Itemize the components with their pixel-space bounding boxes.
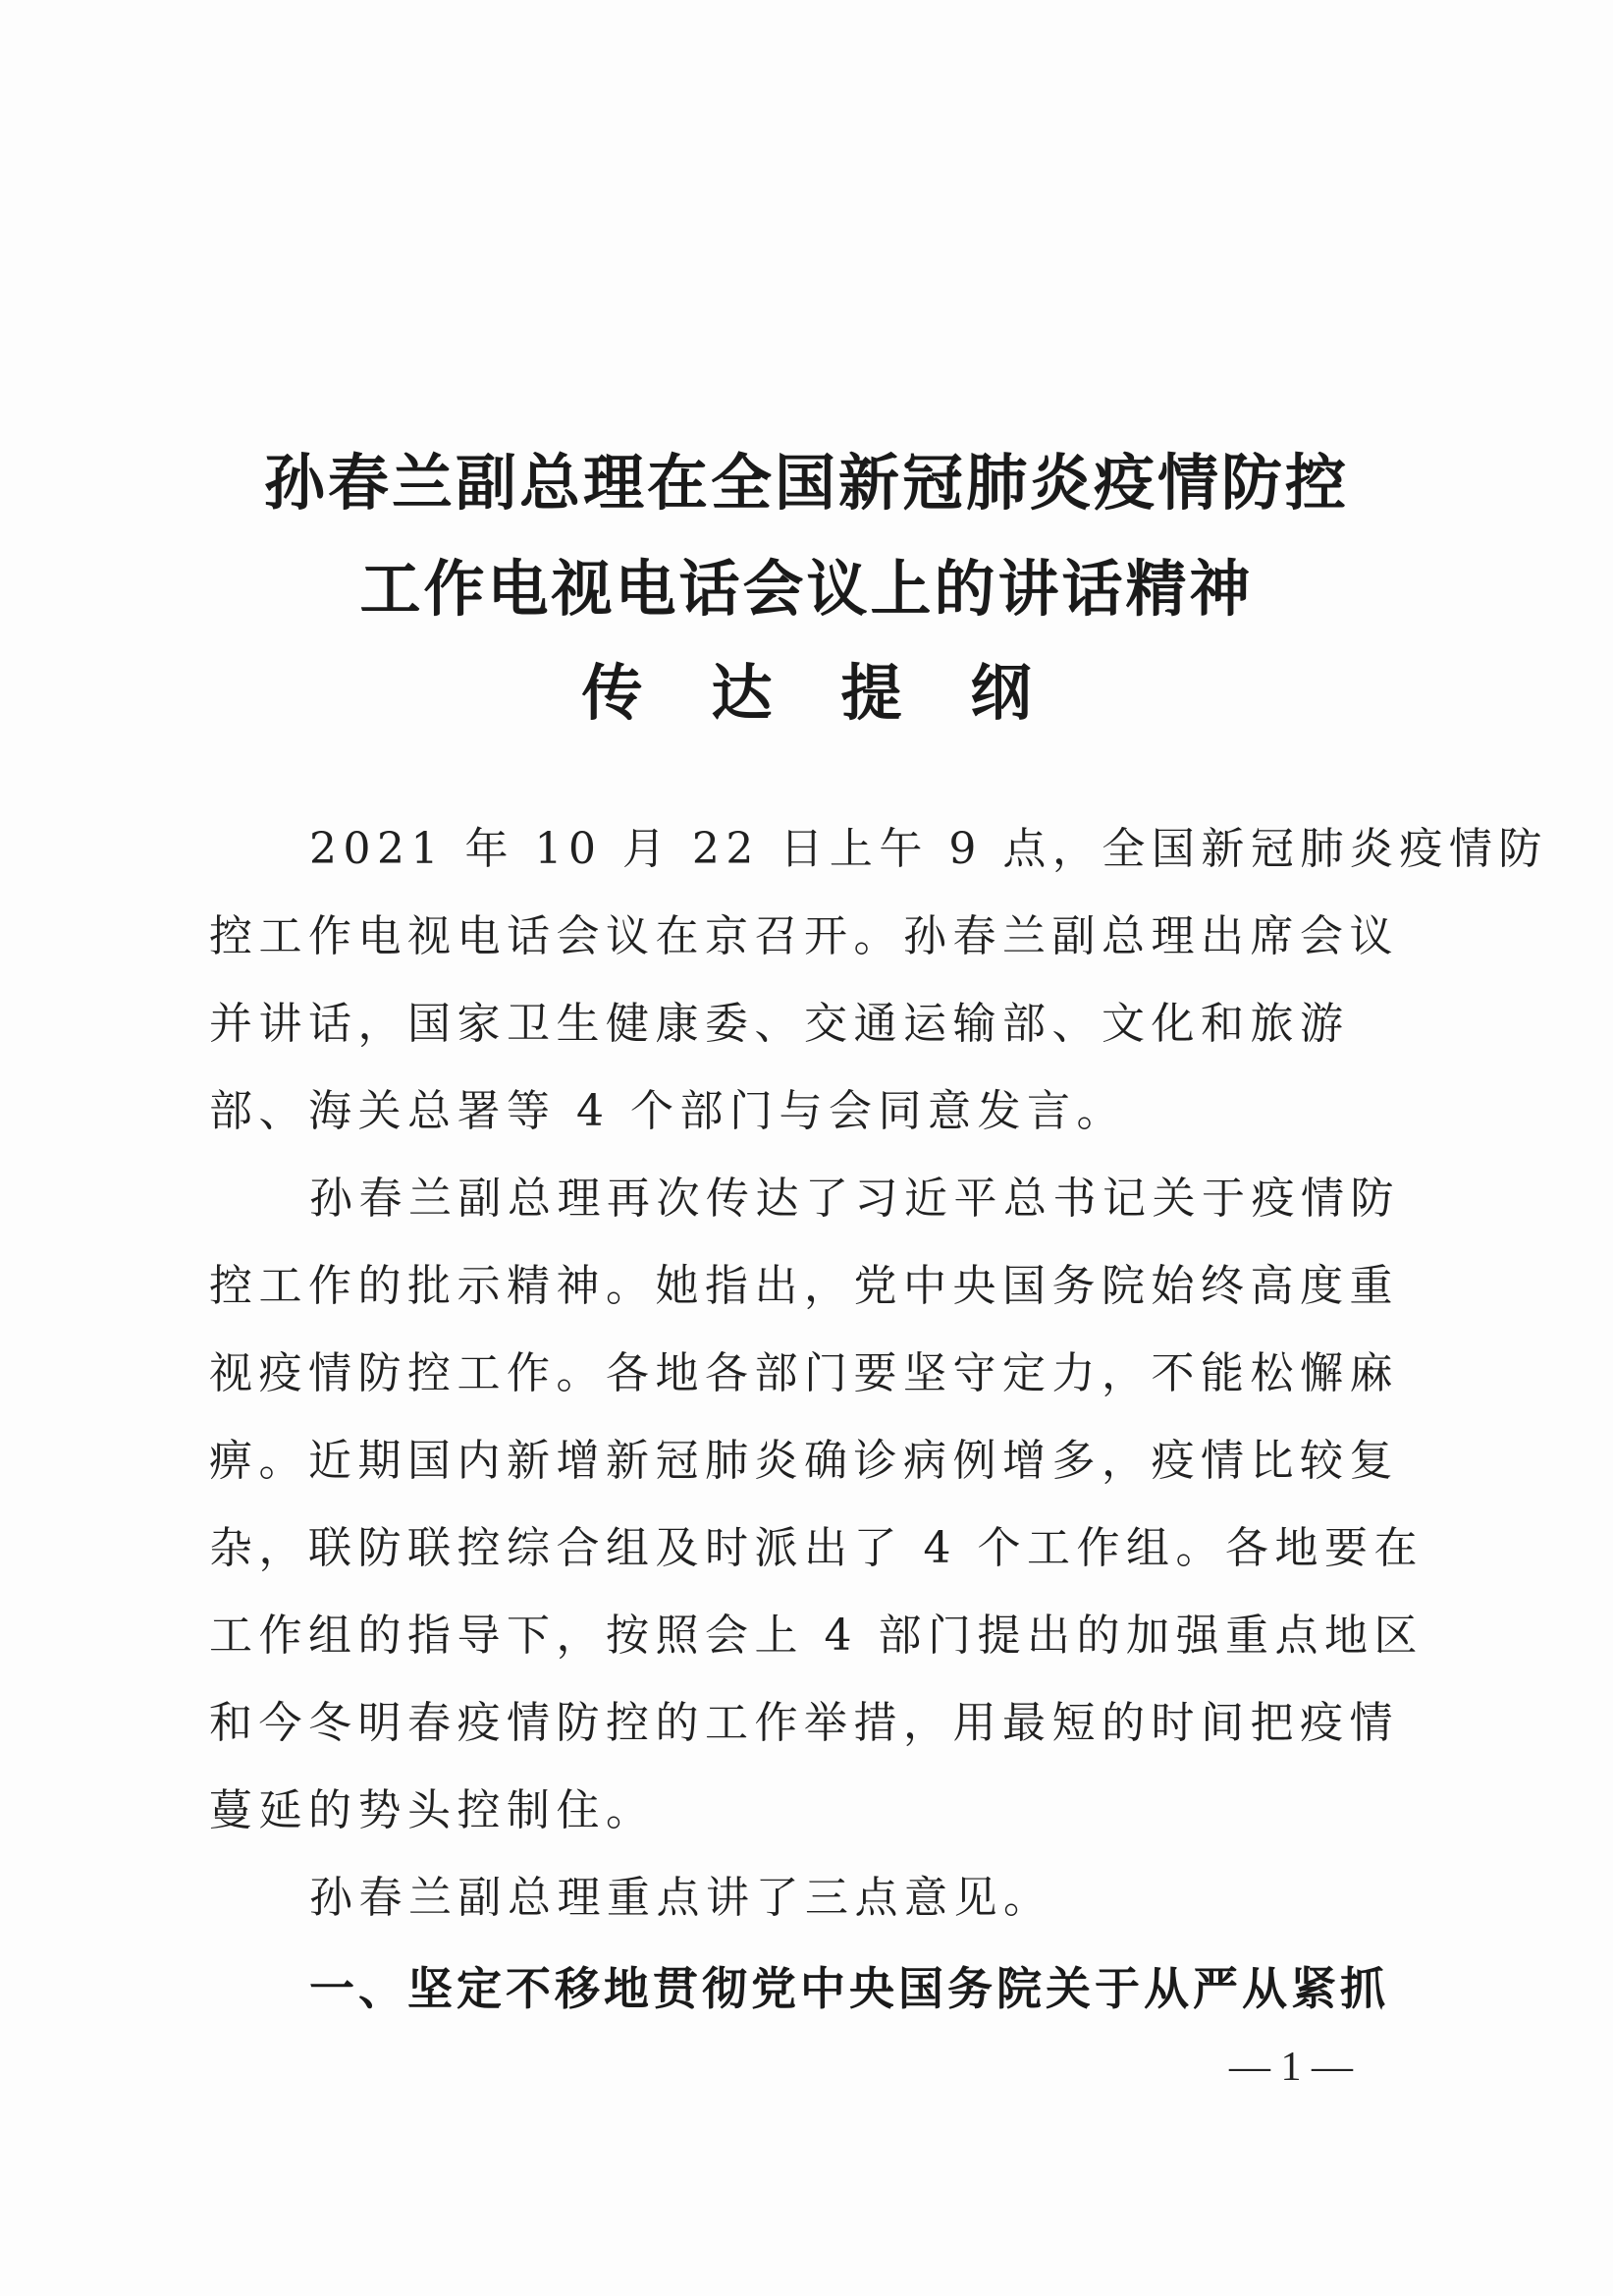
paragraph-1-line-1: 2021 年 10 月 22 日上午 9 点，全国新冠肺炎疫情防 (309, 820, 1507, 879)
paragraph-2-line-1: 孙春兰副总理再次传达了习近平总书记关于疫情防 (309, 1170, 1507, 1229)
paragraph-3-line-1: 孙春兰副总理重点讲了三点意见。 (309, 1869, 1507, 1928)
section-heading-1: 一、坚定不移地贯彻党中央国务院关于从严从紧抓 (309, 1959, 1389, 2018)
paragraph-2-line-3: 视疫情防控工作。各地各部门要坚守定力，不能松懈麻 (209, 1344, 1407, 1403)
document-page: 孙春兰副总理在全国新冠肺炎疫情防控 工作电视电话会议上的讲话精神 传达提纲 20… (0, 0, 1613, 2296)
paragraph-2-line-6: 工作组的指导下，按照会上 4 部门提出的加强重点地区 (209, 1607, 1407, 1666)
paragraph-1-line-3: 并讲话，国家卫生健康委、交通运输部、文化和旅游 (209, 995, 1407, 1054)
document-title-line-1: 孙春兰副总理在全国新冠肺炎疫情防控 (0, 449, 1613, 518)
paragraph-1-line-2: 控工作电视电话会议在京召开。孙春兰副总理出席会议 (209, 907, 1407, 966)
page-number: — 1 — (1208, 2043, 1374, 2092)
paragraph-2-line-7: 和今冬明春疫情防控的工作举措，用最短的时间把疫情 (209, 1694, 1407, 1753)
paragraph-1-line-4: 部、海关总署等 4 个部门与会同意发言。 (209, 1082, 1407, 1141)
paragraph-2-line-5: 杂，联防联控综合组及时派出了 4 个工作组。各地要在 (209, 1519, 1407, 1578)
document-title-line-2: 工作电视电话会议上的讲话精神 (0, 555, 1613, 624)
paragraph-2-line-4: 痹。近期国内新增新冠肺炎确诊病例增多，疫情比较复 (209, 1432, 1407, 1491)
document-title-line-3: 传达提纲 (0, 659, 1613, 728)
paragraph-2-line-8: 蔓延的势头控制住。 (209, 1781, 1407, 1840)
paragraph-2-line-2: 控工作的批示精神。她指出，党中央国务院始终高度重 (209, 1257, 1407, 1316)
